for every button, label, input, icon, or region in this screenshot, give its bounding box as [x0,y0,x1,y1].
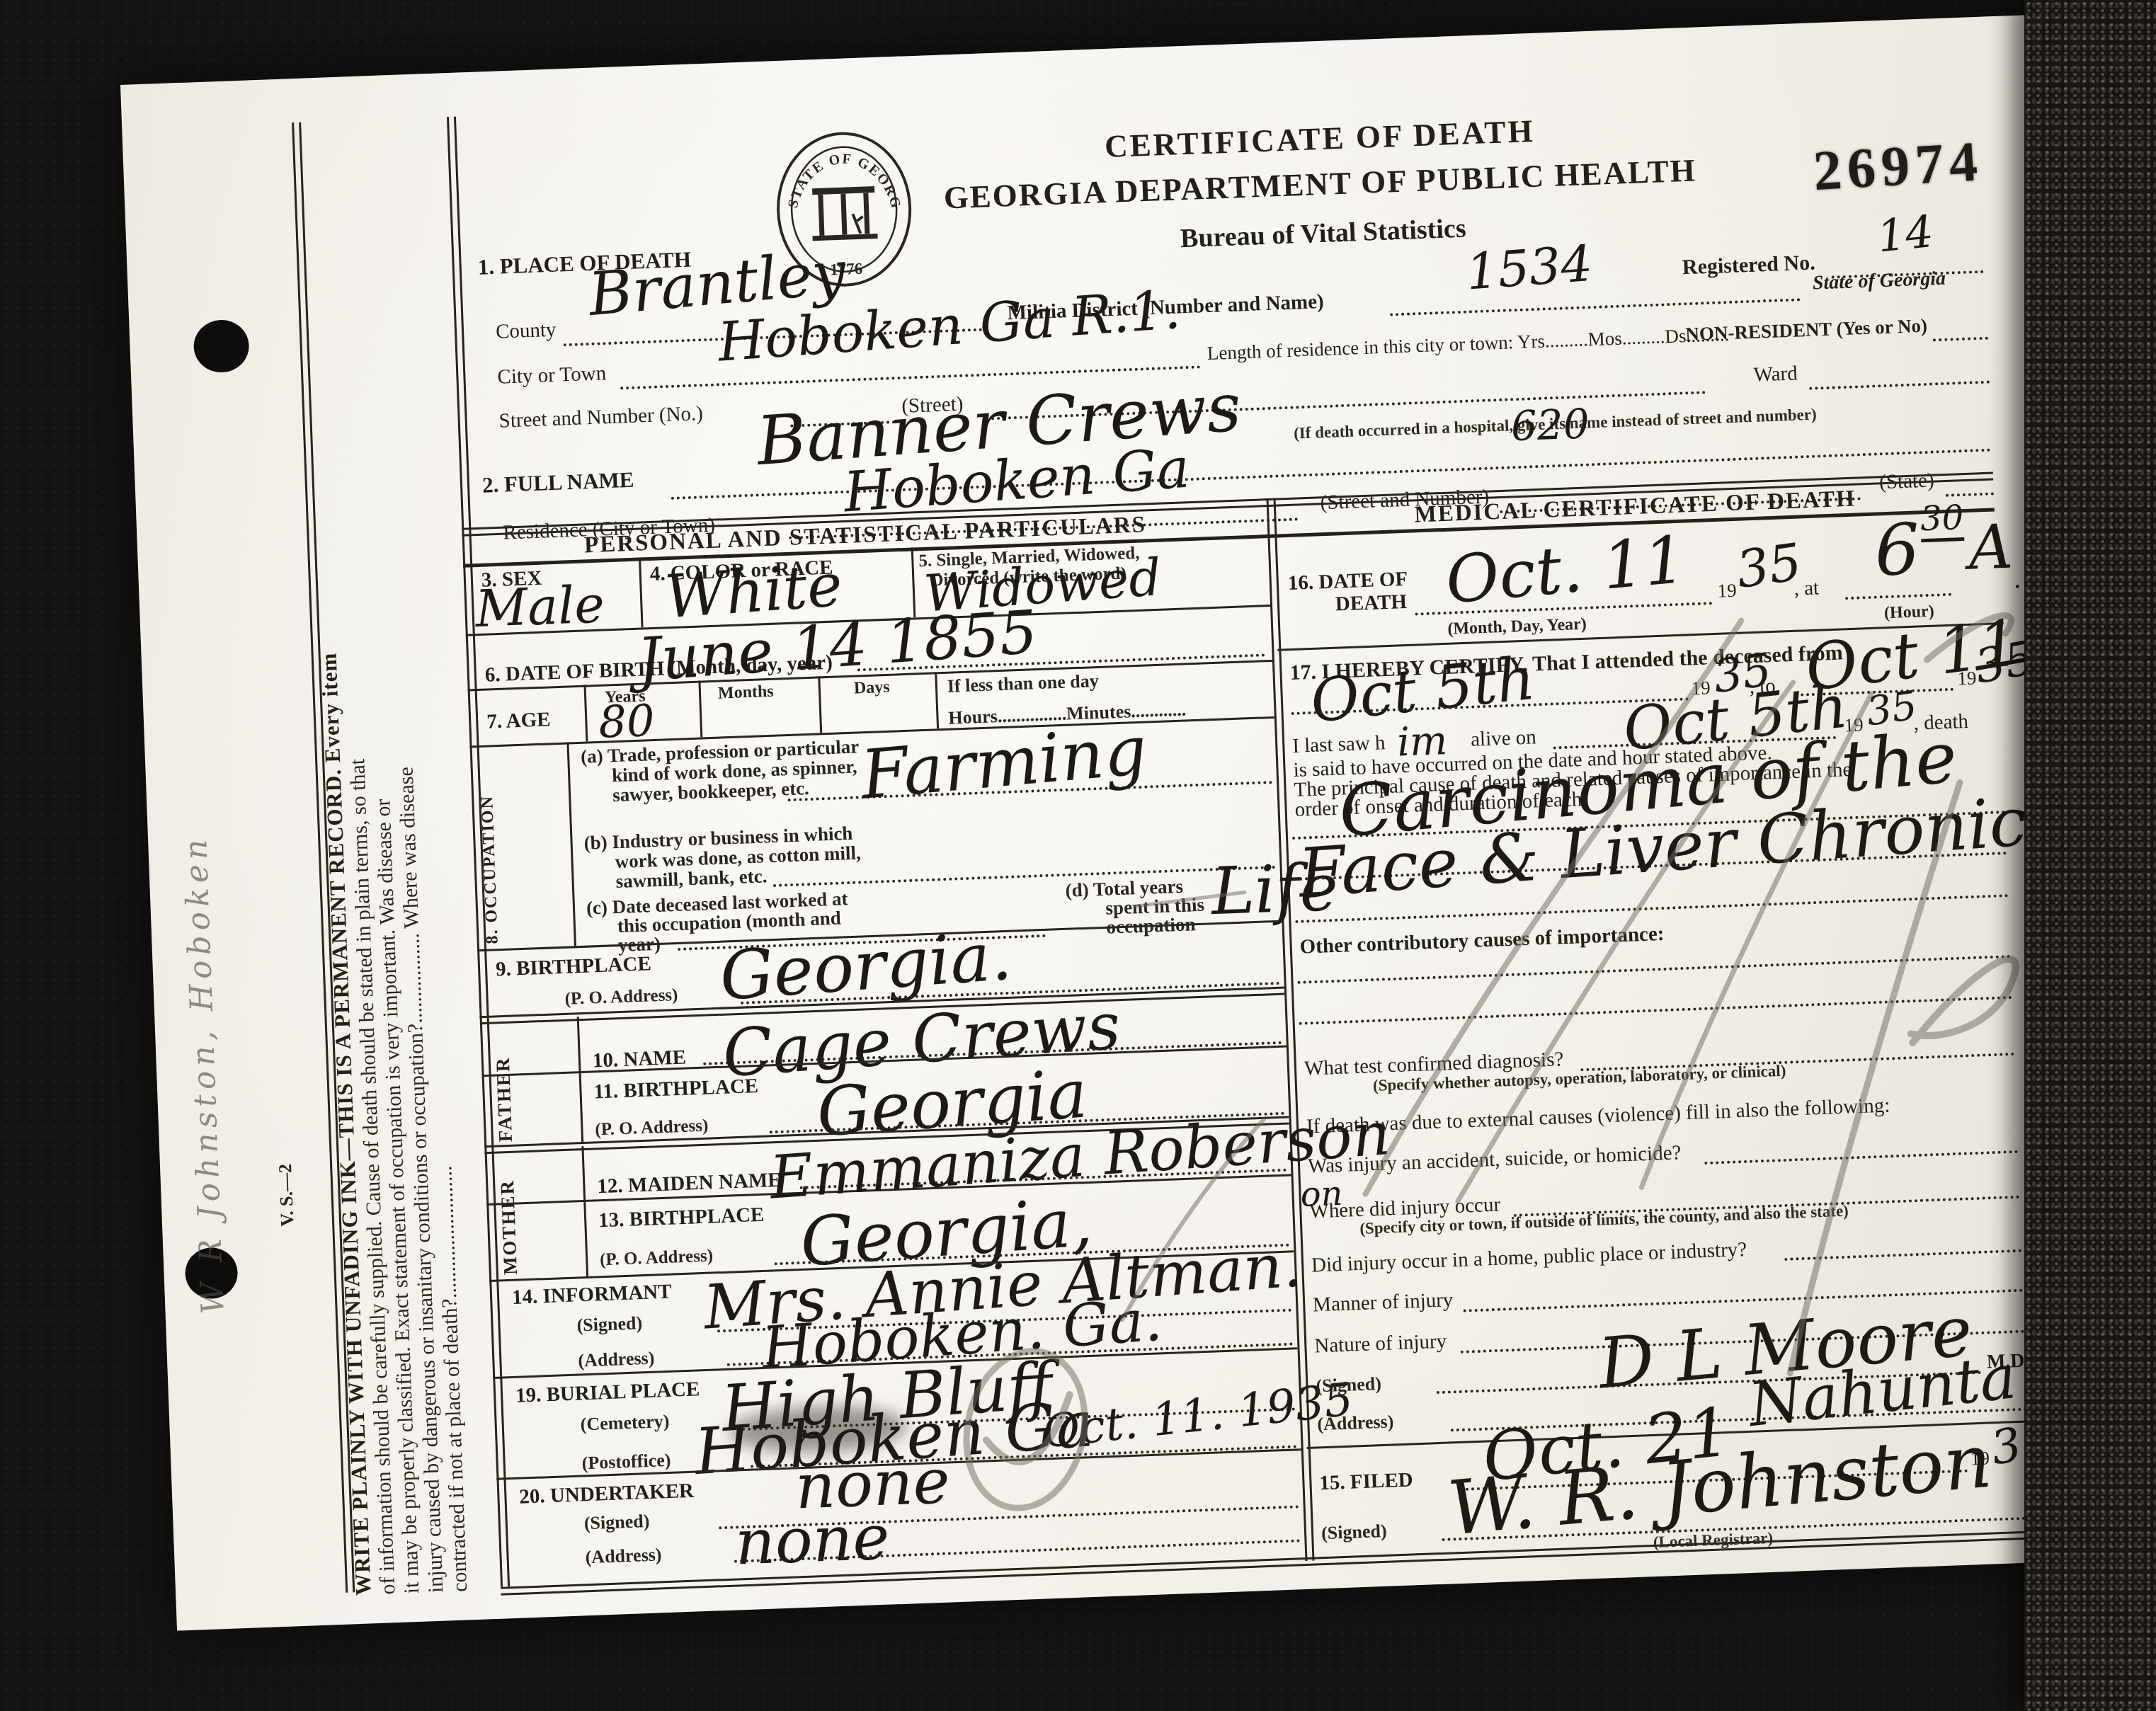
registered-no-value: 14 [1875,205,1936,263]
mother-divider [581,1146,588,1276]
undertaker-label: 20. UNDERTAKER [519,1480,695,1509]
certificate-paper: W R Johnston, Hoboken V. S.—2 WRITE PLAI… [120,13,2123,1630]
county-label: County [496,319,557,344]
father-vertical-label: FATHER [491,1029,517,1143]
occ-a-value: Farming [858,711,1150,814]
dod-19-prefix: 19 [1717,580,1737,602]
informant-signed-label: (Signed) [576,1312,643,1336]
last-saw-label-2: alive on [1471,726,1537,751]
certificate-number-stamp: 26974 [1811,130,1985,204]
mother-birthplace-label: 13. BIRTHPLACE [598,1203,765,1233]
physician-signed-label: (Signed) [1316,1373,1382,1397]
age-months-header: Months [718,682,775,704]
occupation-divider [566,742,576,946]
nonresident-label: NON-RESIDENT (Yes or No) [1685,315,1928,346]
margin-instructions: WRITE PLAINLY WITH UNFADING INK—THIS IS … [298,154,501,1596]
form-number: V. S.—2 [273,1127,298,1227]
contributory-label: Other contributory causes of importance: [1299,922,1665,959]
ampm-value: A [1968,512,2014,584]
informant-address-label: (Address) [578,1348,655,1372]
month-day-year-label: (Month, Day, Year) [1447,615,1587,639]
ward-label: Ward [1753,362,1798,387]
street-number-label: Street and Number (No.) [498,402,703,433]
scan-background-strip [2024,0,2156,1711]
father-birthplace-label: 11. BIRTHPLACE [593,1075,759,1104]
bureau-subtitle: Bureau of Vital Statistics [1180,213,1466,255]
age-divider [583,685,588,741]
mother-po-label: (P. O. Address) [600,1246,714,1270]
nature-label: Nature of injury [1314,1330,1447,1358]
postoffice-label: (Postoffice) [581,1450,671,1475]
cemetery-label: (Cemetery) [580,1411,670,1436]
at-label: , at [1793,577,1820,601]
age-less-header: If less than one day [947,670,1099,697]
birthplace-label: 9. BIRTHPLACE [496,952,652,981]
age-label: 7. AGE [486,708,551,733]
cell-divider [639,558,644,628]
age-divider [818,676,822,733]
external-causes-label: If death was due to external causes (vio… [1306,1094,1890,1138]
was-injury-line [1704,1150,2018,1164]
residence-state-line [1946,492,1994,496]
manner-label: Manner of injury [1313,1288,1454,1317]
undertaker-address-value: none [734,1501,891,1579]
registrar-signed-label: (Signed) [1321,1521,1388,1544]
city-town-label: City or Town [497,362,607,389]
physician-address-label: (Address) [1317,1411,1394,1435]
contributory-line-2 [1299,996,2012,1025]
militia-line [1390,298,1801,316]
undertaker-signed-label: (Signed) [583,1511,650,1534]
po-address-label: (P. O. Address) [564,985,678,1009]
to-19-prefix: 19 [1957,668,1977,690]
did-injury-line [1784,1249,2021,1261]
age-days-header: Days [853,678,890,699]
undertaker-address-label: (Address) [585,1544,662,1568]
hour-sup-value: 30 [1920,498,1964,542]
militia-value: 1534 [1464,234,1595,302]
burial-place-label: 19. BURIAL PLACE [515,1378,700,1408]
age-divider [935,672,939,728]
last-saw-label-1: I last saw h [1292,731,1386,758]
registered-no-label: Registered No. [1682,251,1815,280]
hour-value: 6 [1873,508,1922,592]
seal-arc-text: STATE OF GEORGIA [770,127,904,215]
date-of-death-label2: DEATH [1335,590,1407,617]
occ-b-line3: sawmill, bank, etc. [615,865,768,893]
ward-line [1809,381,1990,390]
hour-line [1845,593,1951,600]
contributory-line-1 [1298,955,2011,984]
father-divider [577,1017,583,1142]
margin-pencil-note: W R Johnston, Hoboken [161,379,231,1315]
punch-hole-top [193,319,250,374]
informant-label: 14. INFORMANT [512,1281,673,1310]
did-injury-label: Did injury occur in a home, public place… [1311,1238,1747,1278]
svg-text:STATE OF GEORGIA: STATE OF GEORGIA [770,127,904,215]
mother-vertical-label: MOTHER [496,1152,522,1275]
father-po-label: (P. O. Address) [595,1116,709,1140]
full-name-number: 620 [1510,399,1590,450]
full-name-label: 2. FULL NAME [481,467,634,498]
state-of-georgia-note: State of Georgia [1812,268,1946,295]
residence-length-label: Length of residence in this city or town… [1207,324,1729,365]
filed-label: 15. FILED [1319,1468,1413,1495]
department-title: GEORGIA DEPARTMENT OF PUBLIC HEALTH [943,152,1697,217]
nonresident-line [1933,337,1988,342]
occ-b-line [773,866,1276,887]
certificate-title: CERTIFICATE OF DEATH [1104,113,1535,165]
